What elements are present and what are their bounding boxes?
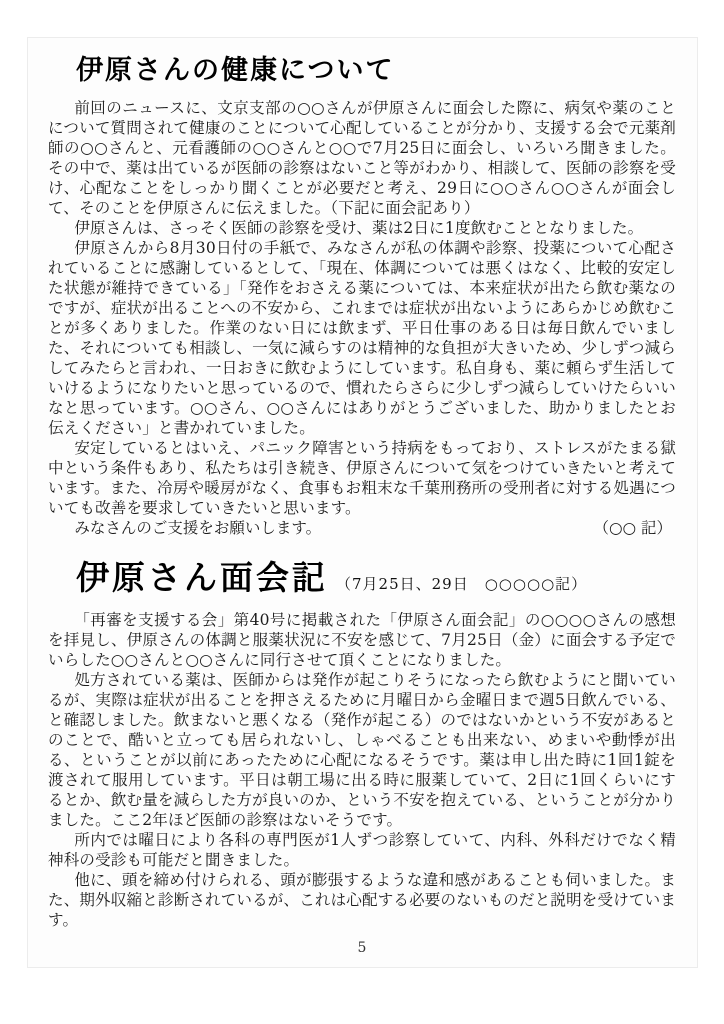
article2-subtitle: （7月25日、29日 ○○○○○記）: [336, 573, 587, 594]
article2-title-row: 伊原さん面会記 （7月25日、29日 ○○○○○記）: [76, 560, 676, 596]
paragraph: 「再審を支援する会」第40号に掲載された「伊原さん面会記」の○○○○さんの感想を…: [48, 610, 676, 670]
article-visit-record: 伊原さん面会記 （7月25日、29日 ○○○○○記） 「再審を支援する会」第40…: [48, 560, 676, 930]
closing-text: みなさんのご支援をお願いします。: [48, 518, 321, 538]
closing-row: みなさんのご支援をお願いします。 （○○ 記）: [48, 518, 676, 538]
scanned-page: 伊原さんの健康について 前回のニュースに、文京支部の○○さんが伊原さんに面会した…: [0, 0, 724, 1024]
paragraph: 他に、頭を締め付けられる、頭が膨張するような違和感があることも伺いました。また、…: [48, 870, 676, 930]
paragraph: 処方されている薬は、医師からは発作が起こりそうになったら飲むようにと聞いているが…: [48, 670, 676, 830]
article2-body: 「再審を支援する会」第40号に掲載された「伊原さん面会記」の○○○○さんの感想を…: [48, 610, 676, 930]
page-content: 伊原さんの健康について 前回のニュースに、文京支部の○○さんが伊原さんに面会した…: [48, 56, 676, 930]
article-health: 伊原さんの健康について 前回のニュースに、文京支部の○○さんが伊原さんに面会した…: [48, 56, 676, 538]
paragraph: 伊原さんから8月30日付の手紙で、みなさんが私の体調や診察、投薬について心配され…: [48, 238, 676, 438]
article1-title: 伊原さんの健康について: [76, 56, 676, 86]
page-number: 5: [0, 940, 724, 956]
paragraph: 伊原さんは、さっそく医師の診察を受け、薬は2日に1度飲むこととなりました。: [48, 218, 676, 238]
article1-body: 前回のニュースに、文京支部の○○さんが伊原さんに面会した際に、病気や薬のことにつ…: [48, 98, 676, 538]
paragraph: 前回のニュースに、文京支部の○○さんが伊原さんに面会した際に、病気や薬のことにつ…: [48, 98, 676, 218]
paragraph: 安定しているとはいえ、パニック障害という持病をもっており、ストレスがたまる獄中と…: [48, 438, 676, 518]
article2-title: 伊原さん面会記: [76, 560, 328, 596]
author-signature: （○○ 記）: [594, 518, 676, 538]
paragraph: 所内では曜日により各科の専門医が1人ずつ診察していて、内科、外科だけでなく精神科…: [48, 830, 676, 870]
